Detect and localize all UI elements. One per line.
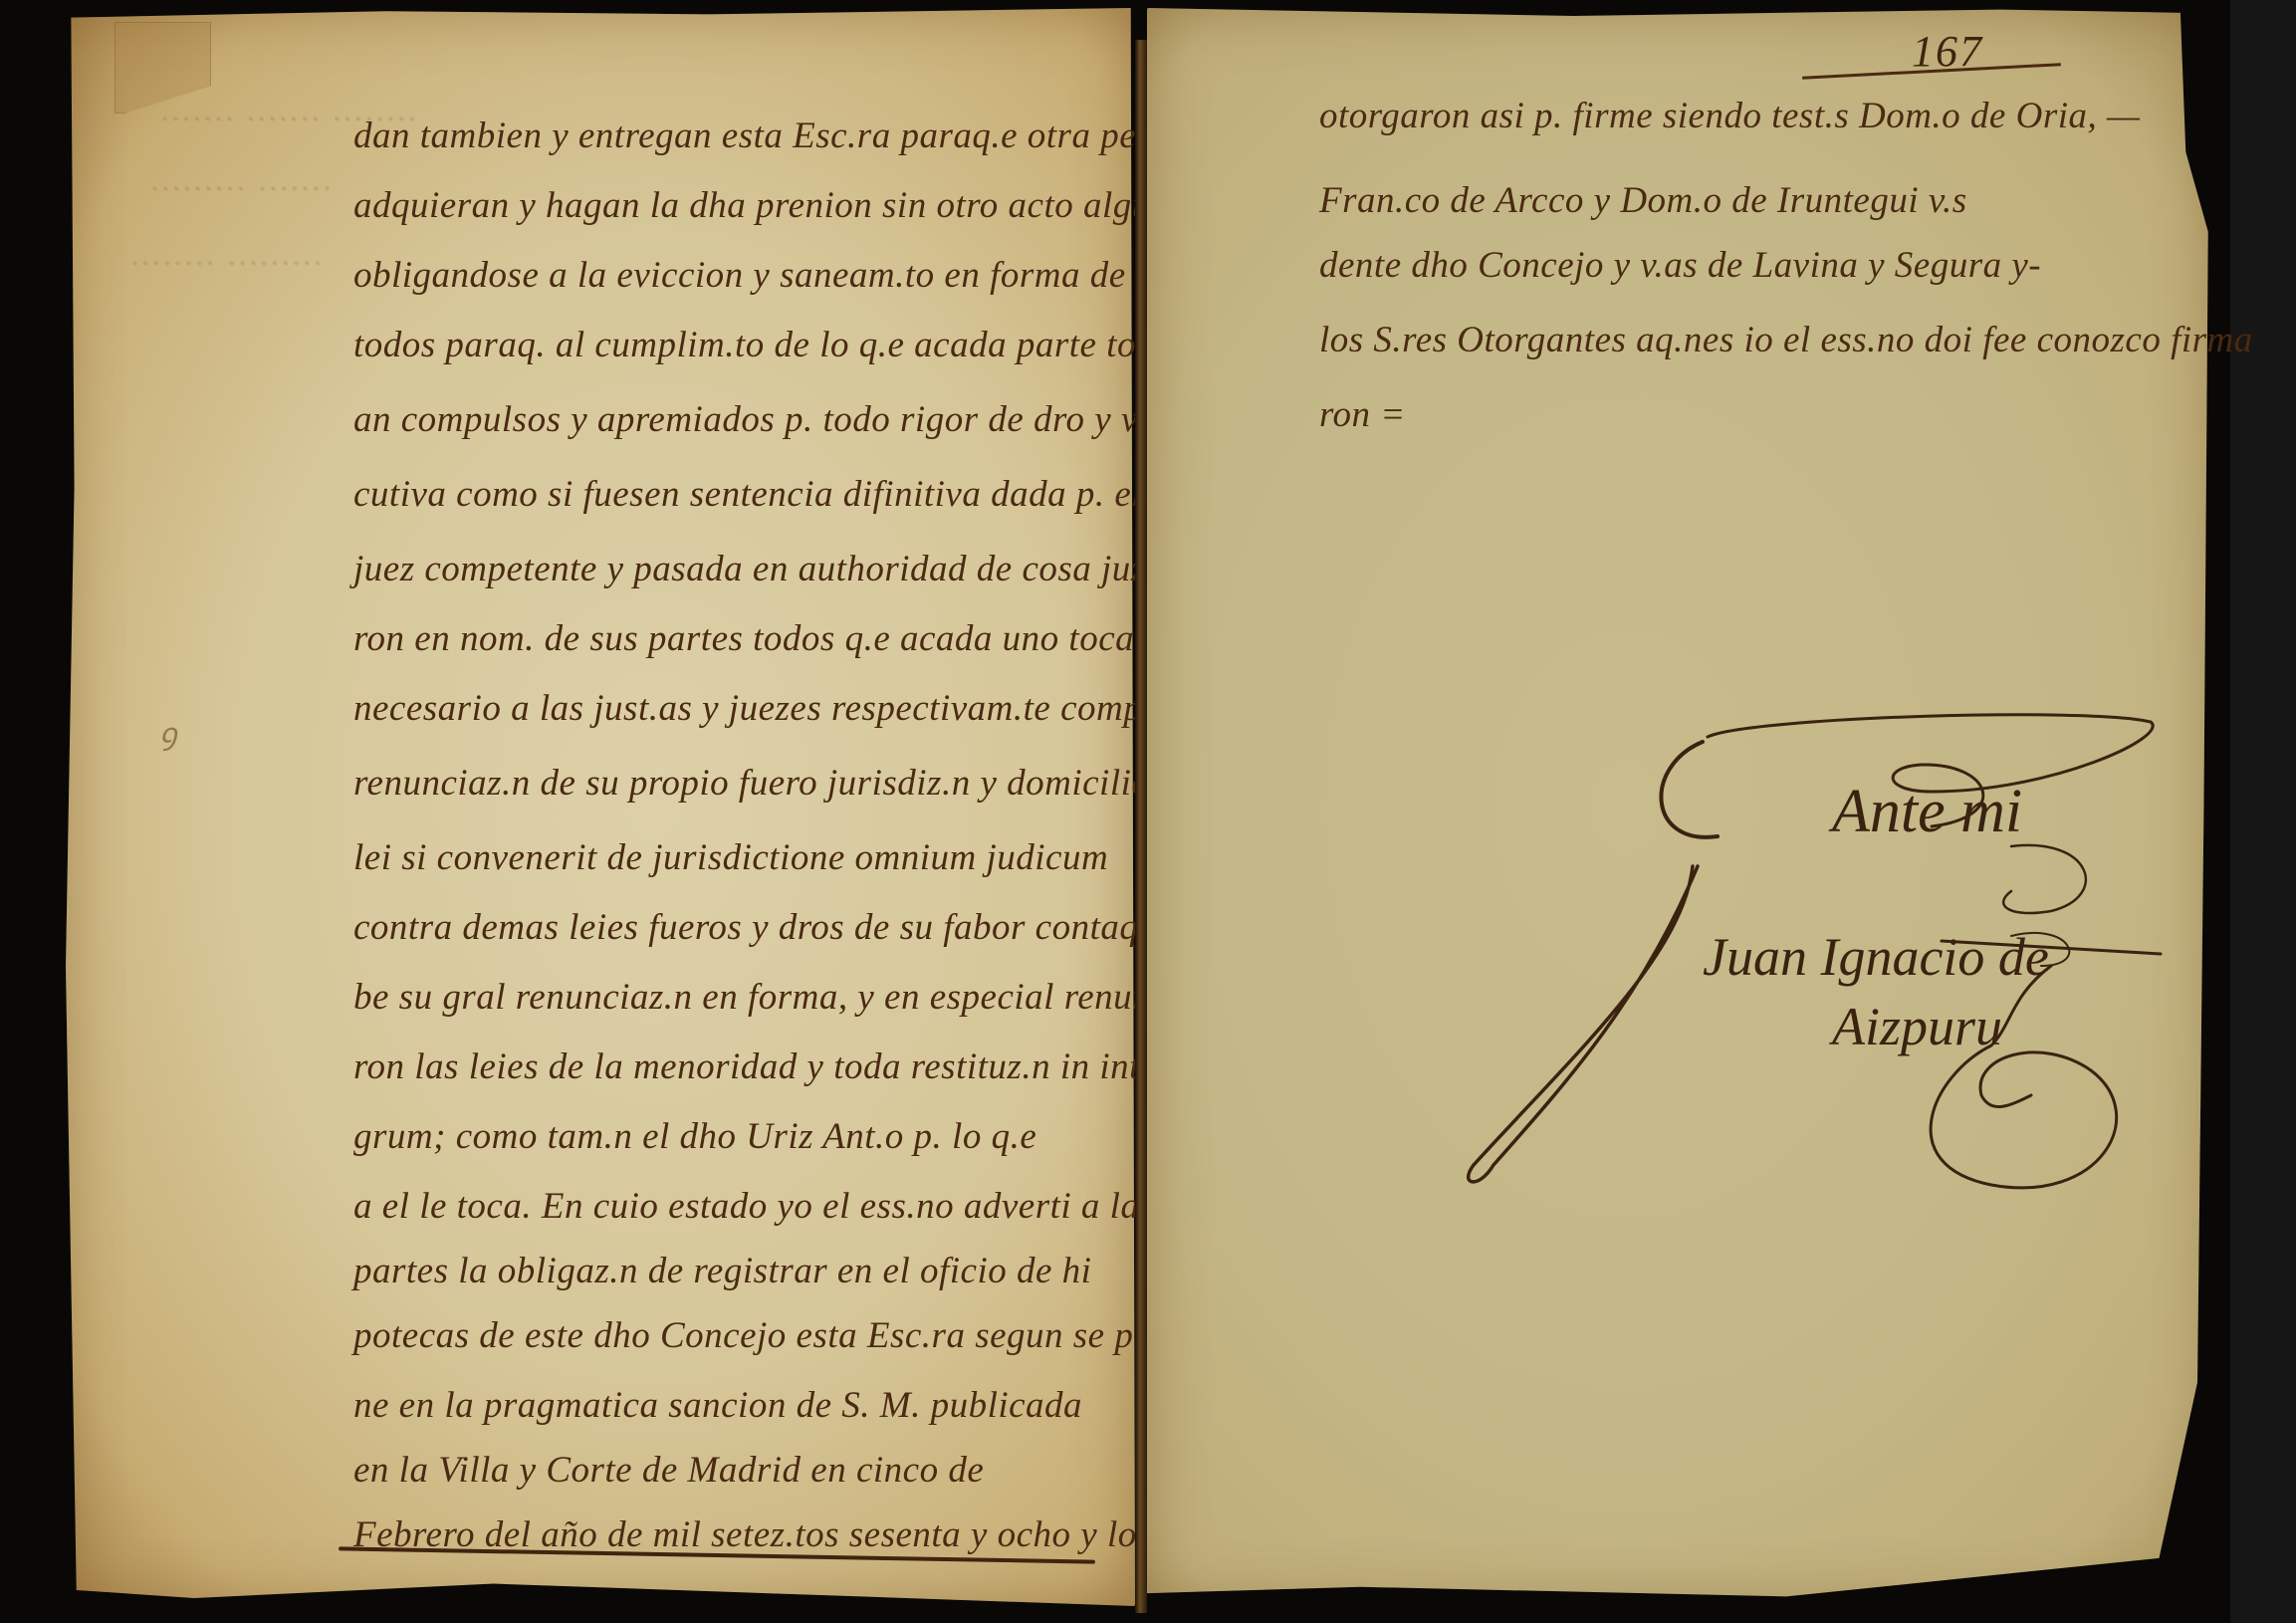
manuscript-line: obligandose a la eviccion y saneam.to en… — [353, 254, 1223, 297]
manuscript-line: ron las leies de la menoridad y toda res… — [353, 1045, 1157, 1088]
manuscript-line: a el le toca. En cuio estado yo el ess.n… — [353, 1185, 1154, 1228]
manuscript-line: los S.res Otorgantes aq.nes io el ess.no… — [1319, 319, 2253, 361]
manuscript-line: ne en la pragmatica sancion de S. M. pub… — [353, 1384, 1082, 1427]
margin-flourish: ꝯ — [159, 712, 177, 753]
manuscript-line: en la Villa y Corte de Madrid en cinco d… — [353, 1449, 984, 1492]
manuscript-line: todos paraq. al cumplim.to de lo q.e aca… — [353, 324, 1213, 366]
manuscript-line: adquieran y hagan la dha prenion sin otr… — [353, 184, 1232, 227]
manuscript-line: an compulsos y apremiados p. todo rigor … — [353, 398, 1228, 441]
manuscript-line: renunciaz.n de su propio fuero jurisdiz.… — [353, 762, 1217, 805]
manuscript-line: potecas de este dho Concejo esta Esc.ra … — [353, 1314, 1208, 1357]
manuscript-line: lei si convenerit de jurisdictione omniu… — [353, 836, 1108, 879]
manuscript-line: be su gral renunciaz.n en forma, y en es… — [353, 976, 1198, 1019]
signature-given-name: Juan Ignacio de — [1703, 926, 2049, 988]
manuscript-line: Fran.co de Arcco y Dom.o de Iruntegui v.… — [1319, 179, 1967, 222]
manuscript-line: grum; como tam.n el dho Uriz Ant.o p. lo… — [353, 1115, 1036, 1158]
manuscript-line: contra demas leies fueros y dros de su f… — [353, 906, 1256, 949]
manuscript-line: dente dho Concejo y v.as de Lavina y Seg… — [1319, 244, 2041, 287]
notary-signature: Ante mi Juan Ignacio de Aizpuru — [1454, 697, 2190, 1215]
signature-surname: Aizpuru — [1832, 996, 2002, 1057]
manuscript-line: otorgaron asi p. firme siendo test.s Dom… — [1319, 95, 2140, 137]
book-gutter — [1135, 40, 1147, 1613]
manuscript-line: dan tambien y entregan esta Esc.ra paraq… — [353, 115, 1223, 157]
left-page — [66, 8, 1135, 1606]
manuscript-line: partes la obligaz.n de registrar en el o… — [353, 1250, 1091, 1292]
manuscript-line: cutiva como si fuesen sentencia difiniti… — [353, 473, 1142, 516]
manuscript-line: ron en nom. de sus partes todos q.e acad… — [353, 617, 1269, 660]
signature-ante-mi: Ante mi — [1832, 777, 2022, 847]
manuscript-line: ron = — [1319, 393, 1406, 436]
